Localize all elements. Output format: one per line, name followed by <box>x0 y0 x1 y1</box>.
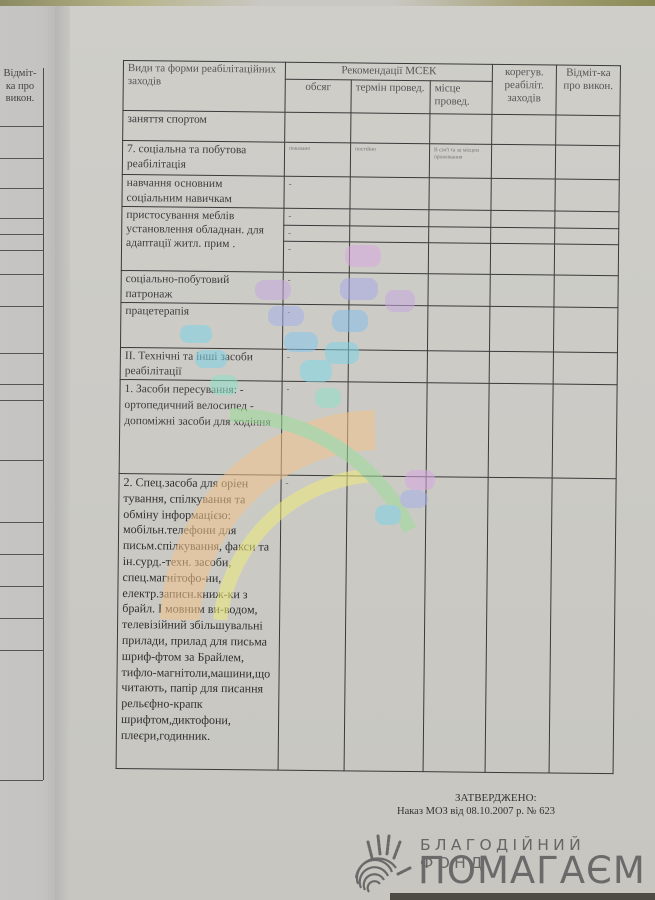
row-mark <box>554 275 618 308</box>
row-kind: 1. Засоби пересування: - ортопедичний ве… <box>119 379 282 475</box>
table-row: 2. Спец.засоба для оріен тування, спілку… <box>116 473 616 773</box>
left-table-row-line <box>0 400 43 401</box>
row-kind: ІІ. Технічні та інші засоби реабілітації <box>120 347 282 381</box>
row-mark <box>555 228 619 245</box>
row-place <box>426 383 489 478</box>
row-correction <box>491 144 555 179</box>
row-kind: заняття спортом <box>123 111 285 143</box>
row-term <box>350 225 429 242</box>
header-completion-mark: Відміт-ка про викон. <box>556 65 621 116</box>
row-correction <box>490 243 554 275</box>
row-volume: - <box>278 475 347 771</box>
row-term: постійно <box>350 143 429 178</box>
row-volume: - <box>282 304 348 350</box>
row-correction <box>488 383 553 478</box>
row-kind: соціально-побутовий патронаж <box>121 270 283 304</box>
row-mark <box>555 211 619 228</box>
left-table-row-line <box>0 306 43 307</box>
approved-label: ЗАТВЕРДЖЕНО: <box>455 792 537 804</box>
row-kind: навчання основним соціальним навичкам <box>122 174 284 208</box>
left-table-row-line <box>0 158 43 159</box>
row-volume: - <box>281 381 348 476</box>
table-row: 1. Засоби пересування: - ортопедичний ве… <box>119 379 617 478</box>
row-place <box>429 178 491 211</box>
row-term <box>351 113 430 144</box>
hand-fingerprint-icon <box>352 832 422 896</box>
table-row: працетерапія - <box>120 302 617 352</box>
row-correction <box>491 227 555 244</box>
rehabilitation-table: Види та форми реабілітаційних заходів Ре… <box>116 60 621 774</box>
row-volume: - <box>282 349 348 382</box>
table-row: соціально-побутовий патронаж - <box>121 270 618 307</box>
row-place: В сім'ї та за місцем проживання <box>429 144 491 179</box>
row-mark <box>553 307 617 353</box>
row-volume: - <box>284 225 350 242</box>
row-term <box>349 242 428 274</box>
row-mark <box>555 145 619 180</box>
row-correction <box>485 477 552 773</box>
left-table-row-line <box>0 618 43 619</box>
row-place <box>427 351 489 384</box>
logo-title: ПОМАГАЄМ <box>418 849 646 892</box>
row-volume: - <box>283 241 349 273</box>
row-term <box>348 305 427 351</box>
left-table-row-line <box>0 460 43 461</box>
left-table-row-line <box>0 650 43 651</box>
header-term: термін провед. <box>351 80 430 114</box>
table-row: 7. соціальна та побутова реабілітація по… <box>122 141 619 180</box>
row-place <box>423 477 488 773</box>
row-place <box>428 274 490 307</box>
left-page: Відміт-ка про викон. <box>0 6 60 900</box>
row-term <box>348 350 427 383</box>
row-place <box>429 210 491 227</box>
row-mark <box>556 115 620 146</box>
header-correction: корегув. реабіліт. заходів <box>492 64 557 115</box>
left-table-row-line <box>0 384 43 385</box>
row-correction <box>489 306 553 352</box>
row-mark <box>552 384 617 479</box>
row-term <box>347 382 427 477</box>
left-table-row-line <box>0 274 43 275</box>
row-place <box>427 306 489 352</box>
header-volume: обсяг <box>285 79 351 113</box>
order-reference: Наказ МОЗ від 08.10.2007 р. № 623 <box>397 806 555 817</box>
left-table-row-line <box>0 188 43 189</box>
left-table-row-line <box>0 353 43 354</box>
left-table-row-line <box>0 250 43 251</box>
header-kinds-forms: Види та форми реабілітаційних заходів <box>123 61 286 113</box>
left-table-row-line <box>0 234 43 235</box>
row-volume: - <box>284 208 350 225</box>
row-term <box>350 209 429 226</box>
left-table-row-line <box>0 126 43 127</box>
row-volume <box>285 112 351 143</box>
left-table-header: Відміт-ка про викон. <box>0 68 40 106</box>
table-row: навчання основним соціальним навичкам - <box>122 174 619 211</box>
left-table-row-line <box>0 522 43 523</box>
row-correction <box>491 210 555 227</box>
row-volume: - <box>284 176 350 209</box>
header-place: місце провед. <box>430 81 492 115</box>
table-row: ІІ. Технічні та інші засоби реабілітації… <box>120 347 617 384</box>
left-page-table: Відміт-ка про викон. <box>0 68 44 780</box>
row-term <box>349 273 428 306</box>
row-kind: 2. Спец.засоба для оріен тування, спілку… <box>116 473 281 770</box>
row-mark <box>555 179 619 212</box>
row-kind: 7. соціальна та побутова реабілітація <box>122 141 284 177</box>
row-correction <box>491 178 555 211</box>
left-table-row-line <box>0 218 43 219</box>
row-volume: - <box>283 272 349 305</box>
row-mark <box>549 478 616 774</box>
row-place <box>428 243 490 275</box>
row-term <box>344 476 426 772</box>
left-table-row-line <box>0 554 43 555</box>
row-correction <box>489 351 553 384</box>
left-table-row-line <box>0 586 43 587</box>
header-msek-recommendations: Рекомендації МСЕК <box>285 62 492 81</box>
row-mark <box>553 352 617 385</box>
row-term <box>350 177 429 210</box>
foundation-logo: БЛАГОДІЙНИЙ ФОНД ПОМАГАЄМ <box>352 832 652 898</box>
row-kind: працетерапія <box>120 302 282 349</box>
row-correction <box>490 274 554 307</box>
background-edge <box>390 893 655 900</box>
row-place <box>429 226 491 243</box>
row-volume: показано <box>284 142 350 177</box>
row-place <box>430 114 492 145</box>
row-kind: пристосування меблів установлення обладн… <box>121 206 284 272</box>
row-mark <box>554 244 618 276</box>
row-correction <box>492 114 556 145</box>
left-table-row-line <box>0 780 43 781</box>
